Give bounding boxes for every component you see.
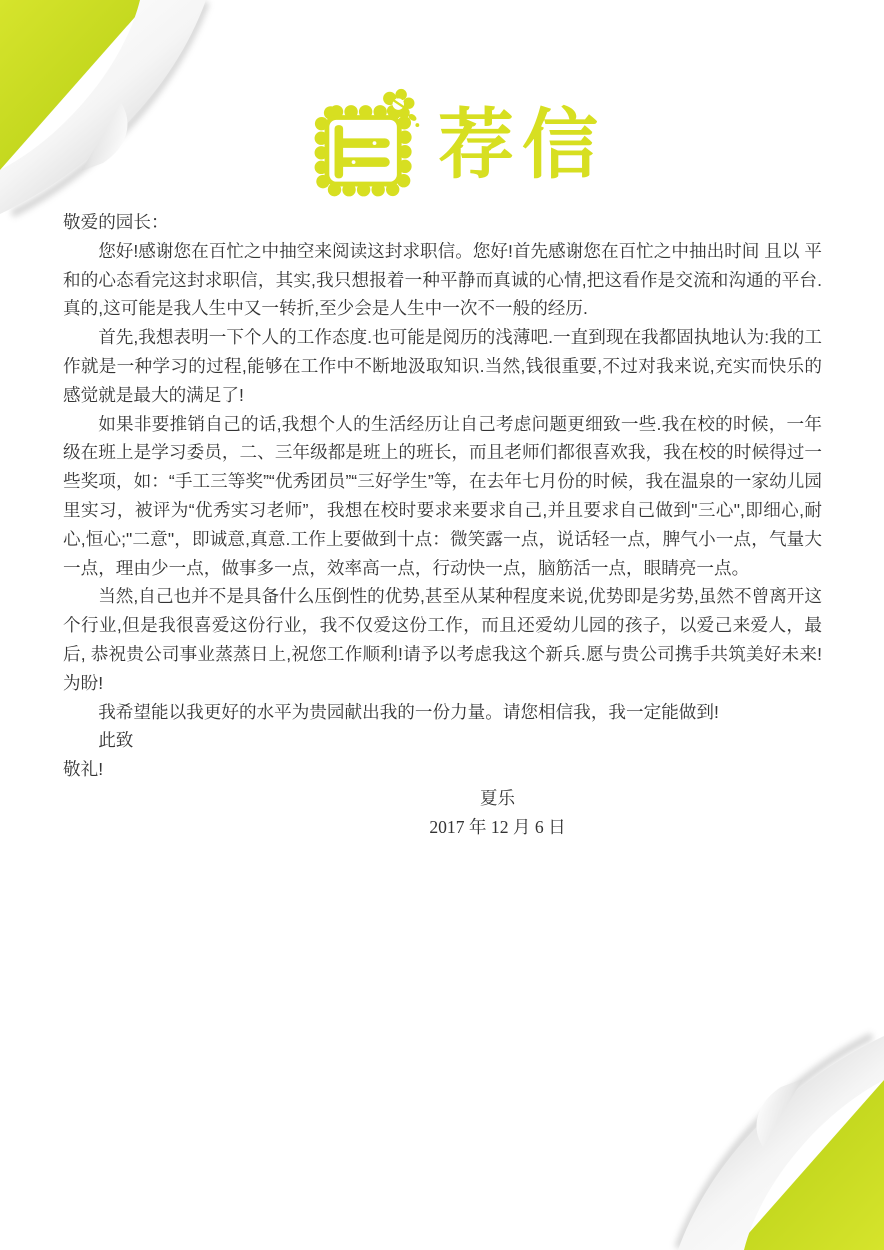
salutation: 敬爱的园长： — [63, 208, 822, 237]
letter-paragraph: 您好!感谢您在百忙之中抽空来阅读这封求职信。您好!首先感谢您在百忙之中抽出时间 … — [63, 237, 822, 323]
closing-salute: 此致 — [63, 726, 822, 755]
page-title: 荐信 — [14, 84, 884, 208]
letter-body: 敬爱的园长： 您好!感谢您在百忙之中抽空来阅读这封求职信。您好!首先感谢您在百忙… — [63, 208, 822, 842]
letter-paragraph: 当然,自己也并不是具备什么压倒性的优势,甚至从某种程度来说,优势即是劣势,虽然不… — [63, 582, 822, 697]
letter-paragraph: 我希望能以我更好的水平为贵园献出我的一份力量。请您相信我，我一定能做到! — [63, 698, 822, 727]
letter-page: 荐信 敬爱的园长： 您好!感谢您在百忙之中抽空来阅读这封求职信。您好!首先感谢您… — [0, 0, 884, 1250]
signature-name: 夏乐 — [63, 784, 822, 813]
signature-date: 2017 年 12 月 6 日 — [63, 813, 822, 842]
letter-paragraph: 首先,我想表明一下个人的工作态度.也可能是阅历的浅薄吧.一直到现在我都固执地认为… — [63, 323, 822, 409]
closing-respect: 敬礼! — [63, 755, 822, 784]
letter-paragraph: 如果非要推销自己的话,我想个人的生活经历让自己考虑问题更细致一些.我在校的时候，… — [63, 410, 822, 583]
page-curl-decoration-bottom-right — [662, 1024, 884, 1250]
page-title-text: 荐信 — [438, 108, 606, 184]
zi-character-stamp-icon — [306, 87, 424, 205]
